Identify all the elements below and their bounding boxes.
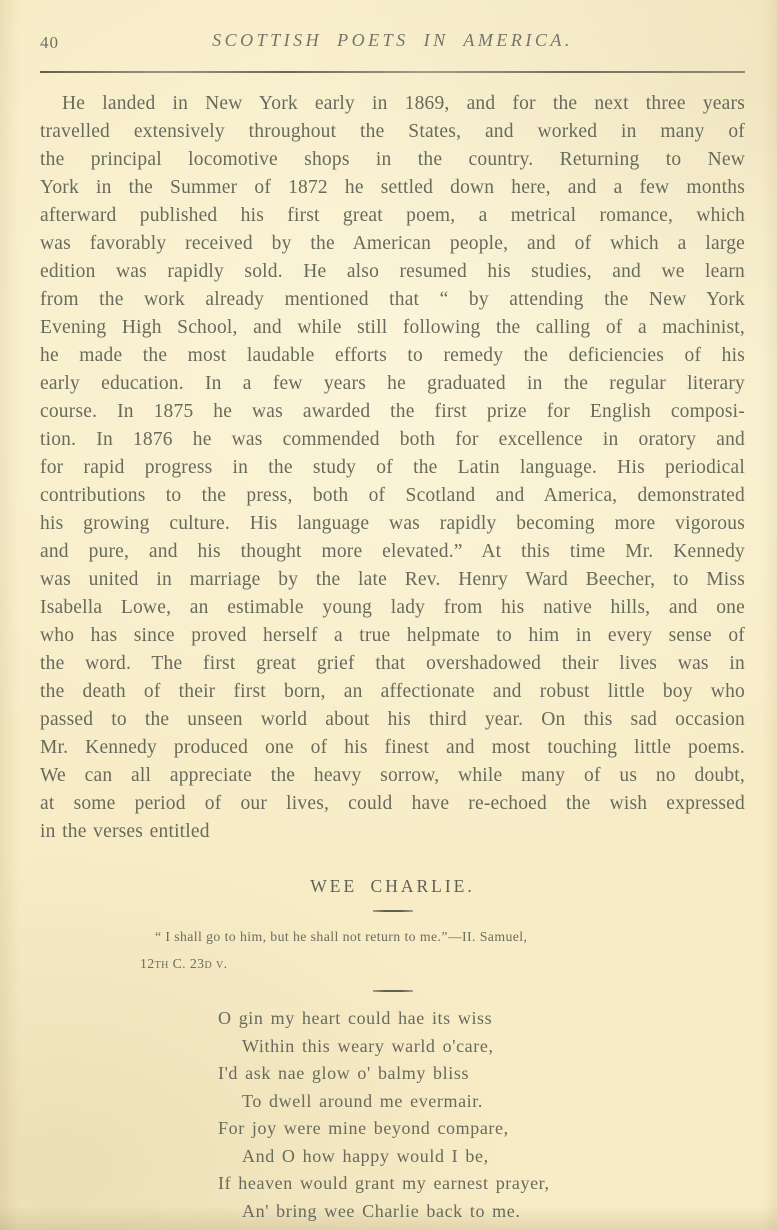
- body-text-line: the word. The first great grief that ove…: [40, 650, 745, 678]
- body-text-line: Isabella Lowe, an estimable young lady f…: [40, 594, 745, 622]
- body-text-line: his growing culture. His language was ra…: [40, 510, 745, 538]
- page-number: 40: [40, 33, 59, 53]
- poem-title: WEE CHARLIE.: [40, 876, 745, 897]
- body-text-line: York in the Summer of 1872 he settled do…: [40, 174, 745, 202]
- divider-rule-bottom: [373, 990, 413, 992]
- poem-verse-line: I'd ask nae glow o' balmy bliss: [218, 1060, 745, 1088]
- body-text-line: from the work already mentioned that “ b…: [40, 286, 745, 314]
- poem-verse-line: O gin my heart could hae its wiss: [218, 1005, 745, 1033]
- body-text-line: contributions to the press, both of Scot…: [40, 482, 745, 510]
- body-text-line: the death of their first born, an affect…: [40, 678, 745, 706]
- body-text-line: edition was rapidly sold. He also resume…: [40, 258, 745, 286]
- body-text-line: and pure, and his thought more elevated.…: [40, 538, 745, 566]
- poem-verse-line: For joy were mine beyond compare,: [218, 1115, 745, 1143]
- page-content: 40 SCOTTISH POETS IN AMERICA. He landed …: [0, 0, 777, 1225]
- body-text-line: passed to the unseen world about his thi…: [40, 706, 745, 734]
- running-title: SCOTTISH POETS IN AMERICA.: [40, 30, 745, 51]
- poem-epigraph: “ I shall go to him, but he shall not re…: [140, 923, 685, 977]
- poem-verse-line: And O how happy would I be,: [218, 1143, 745, 1171]
- body-text-line: he made the most laudable efforts to rem…: [40, 342, 745, 370]
- body-text-line: who has since proved herself a true help…: [40, 622, 745, 650]
- body-text-line: was united in marriage by the late Rev. …: [40, 566, 745, 594]
- body-text-line: for rapid progress in the study of the L…: [40, 454, 745, 482]
- body-text-line: He landed in New York early in 1869, and…: [40, 90, 745, 118]
- divider-rule-top: [373, 910, 413, 912]
- epigraph-line: “ I shall go to him, but he shall not re…: [140, 923, 685, 950]
- poem-verse-line: An' bring wee Charlie back to me.: [218, 1198, 745, 1226]
- body-text-line: the principal locomotive shops in the co…: [40, 146, 745, 174]
- body-text-line: was favorably received by the American p…: [40, 230, 745, 258]
- body-text-line: Evening High School, and while still fol…: [40, 314, 745, 342]
- page-header: 40 SCOTTISH POETS IN AMERICA.: [40, 30, 745, 56]
- header-rule: [40, 71, 745, 73]
- poem-verse-line: If heaven would grant my earnest prayer,: [218, 1170, 745, 1198]
- body-text-line: afterward published his first great poem…: [40, 202, 745, 230]
- body-text-line: tion. In 1876 he was commended both for …: [40, 426, 745, 454]
- epigraph-citation: 12th C. 23d v.: [140, 950, 685, 977]
- body-text-line: Mr. Kennedy produced one of his finest a…: [40, 734, 745, 762]
- book-page: 40 SCOTTISH POETS IN AMERICA. He landed …: [0, 0, 777, 1230]
- body-text-line: early education. In a few years he gradu…: [40, 370, 745, 398]
- body-paragraph: He landed in New York early in 1869, and…: [40, 90, 745, 846]
- body-text-line: in the verses entitled: [40, 818, 745, 846]
- poem-verse-line: Within this weary warld o'care,: [218, 1033, 745, 1061]
- poem-stanza: O gin my heart could hae its wissWithin …: [218, 1005, 745, 1225]
- poem-verse-line: To dwell around me evermair.: [218, 1088, 745, 1116]
- body-text-line: at some period of our lives, could have …: [40, 790, 745, 818]
- body-text-line: travelled extensively throughout the Sta…: [40, 118, 745, 146]
- body-text-line: We can all appreciate the heavy sorrow, …: [40, 762, 745, 790]
- body-text-line: course. In 1875 he was awarded the first…: [40, 398, 745, 426]
